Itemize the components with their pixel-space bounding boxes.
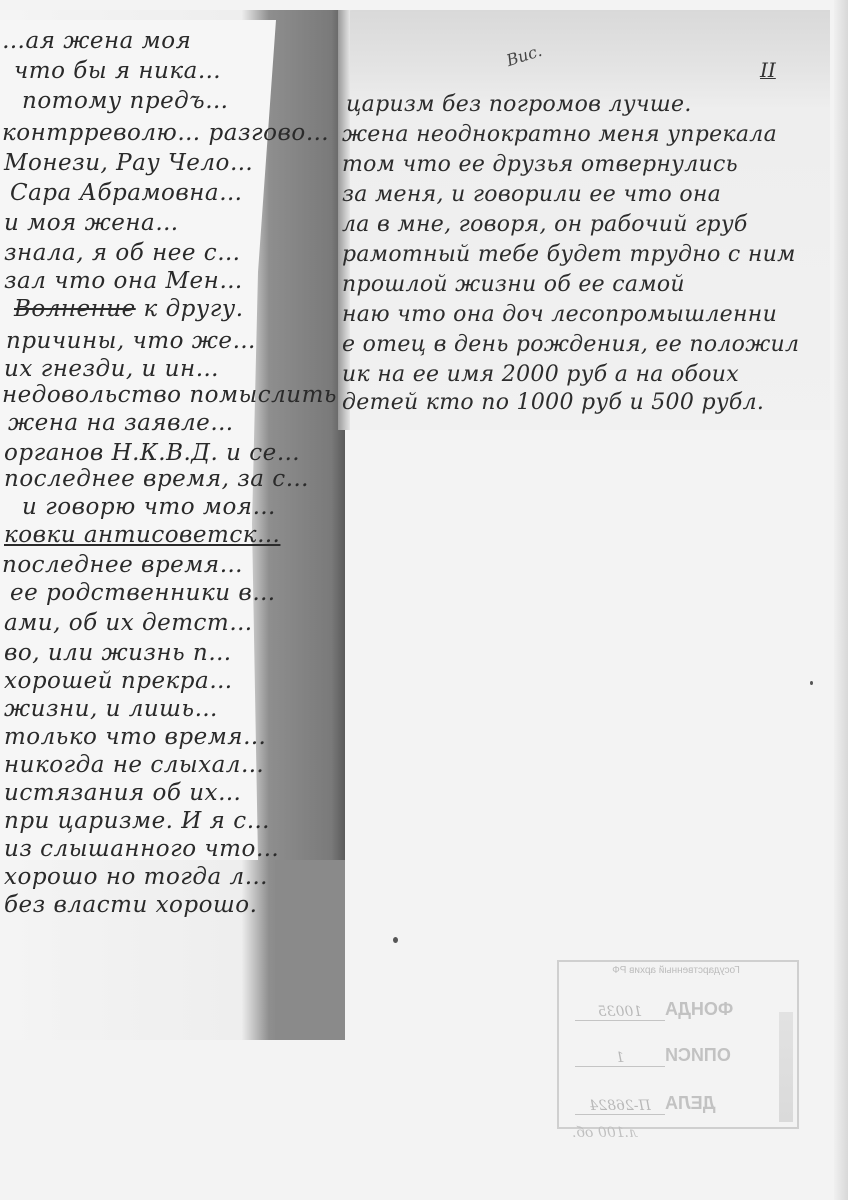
scan-speck bbox=[393, 937, 398, 943]
handwriting-line: последнее время, за с… bbox=[4, 466, 309, 492]
handwriting-line: …ая жена моя bbox=[2, 28, 191, 54]
stamp-field-opis: 1 ОПИСИ bbox=[565, 1042, 740, 1070]
handwriting-line: том что ее друзья отвернулись bbox=[342, 152, 738, 177]
handwriting-line: жизни, и лишь… bbox=[4, 696, 218, 722]
stamp-sheet-note: л.100 об. bbox=[572, 1125, 638, 1141]
stamp-field-label: ФОНДА bbox=[665, 999, 733, 1020]
handwriting-line: хорошей прекра… bbox=[4, 668, 233, 694]
handwriting-line: рамотный тебе будет трудно с ним bbox=[342, 242, 796, 267]
handwriting-line: жена неоднократно меня упрекала bbox=[342, 122, 777, 147]
handwriting-line: что бы я ника… bbox=[14, 58, 221, 84]
handwriting-line: без власти хорошо. bbox=[4, 892, 257, 918]
stamp-field-delo: П-26824 ДЕЛА bbox=[565, 1090, 740, 1118]
handwriting-line: и моя жена… bbox=[4, 210, 179, 236]
strip-shadow bbox=[275, 860, 345, 1040]
handwriting-line: е отец в день рождения, ее положил bbox=[342, 332, 799, 357]
handwriting-line: ами, об их детст… bbox=[4, 610, 253, 636]
handwriting-line: причины, что же… bbox=[6, 328, 256, 354]
page-number: II bbox=[760, 58, 776, 82]
handwriting-line: хорошо но тогда л… bbox=[4, 864, 268, 890]
stamp-field-value: П-26824 bbox=[575, 1098, 665, 1115]
stamp-field-fond: 10035 ФОНДА bbox=[565, 996, 740, 1024]
handwriting-line-underlined: ковки антисоветск… bbox=[4, 522, 280, 548]
handwriting-line: знала, я об нее с… bbox=[4, 240, 241, 266]
struck-word: Волнение bbox=[14, 296, 136, 322]
handwriting-line: ее родственники в… bbox=[10, 580, 276, 606]
stamp-side-bar bbox=[779, 1012, 793, 1122]
archive-stamp: Государственный архив РФ 10035 ФОНДА 1 О… bbox=[557, 960, 799, 1129]
handwriting-line: их гнезди, и ин… bbox=[4, 356, 219, 382]
handwriting-line: при царизме. И я с… bbox=[4, 808, 270, 834]
handwriting-line: ла в мне, говоря, он рабочий груб bbox=[342, 212, 748, 237]
handwriting-line: за меня, и говорили ее что она bbox=[342, 182, 721, 207]
handwriting-line: зал что она Мен… bbox=[4, 268, 243, 294]
handwriting-line: органов Н.К.В.Д. и се… bbox=[4, 440, 300, 466]
stamp-field-value: 1 bbox=[575, 1050, 665, 1067]
handwriting-line: во, или жизнь п… bbox=[4, 640, 232, 666]
handwriting-line: истязания об их… bbox=[4, 780, 241, 806]
handwriting-line: жена на заявле… bbox=[8, 410, 234, 436]
stamp-field-value: 10035 bbox=[575, 1004, 665, 1021]
stamp-field-label: ДЕЛА bbox=[665, 1093, 715, 1114]
handwriting-line: детей кто по 1000 руб и 500 рубл. bbox=[342, 390, 764, 415]
handwriting-line: из слышанного что… bbox=[4, 836, 279, 862]
handwriting-line: контрреволю… разгово… bbox=[2, 120, 329, 146]
handwriting-line: прошлой жизни об ее самой bbox=[342, 272, 685, 297]
handwriting-line: потому предъ… bbox=[22, 88, 229, 114]
handwriting-line: и говорю что моя… bbox=[22, 494, 276, 520]
scan-speck bbox=[810, 681, 813, 685]
handwriting-line: никогда не слыхал… bbox=[4, 752, 264, 778]
stamp-field-label: ОПИСИ bbox=[665, 1045, 731, 1066]
handwriting-line: последнее время… bbox=[2, 552, 243, 578]
page-edge bbox=[834, 0, 848, 1200]
handwriting-line-struck: Волнение к другу. bbox=[14, 296, 244, 322]
handwriting-line: только что время… bbox=[4, 724, 267, 750]
handwriting-line: ик на ее имя 2000 руб а на обоих bbox=[342, 362, 739, 387]
handwriting-line: недовольство помыслить… bbox=[2, 382, 360, 408]
stamp-title: Государственный архив РФ bbox=[571, 965, 781, 976]
handwriting-line: наю что она доч лесопромышленни bbox=[342, 302, 777, 327]
handwriting-line: Сара Абрамовна… bbox=[10, 180, 243, 206]
handwriting-line: царизм без погромов лучше. bbox=[346, 92, 692, 117]
handwriting-line: Монези, Рау Чело… bbox=[4, 150, 253, 176]
document-page: …ая жена моя что бы я ника… потому предъ… bbox=[0, 0, 848, 1200]
